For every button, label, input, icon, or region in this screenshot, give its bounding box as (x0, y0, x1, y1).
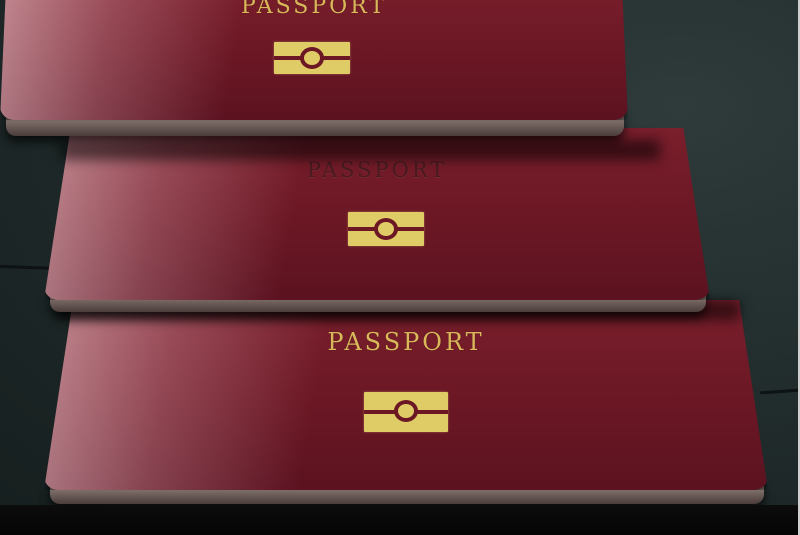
passport-title: PASSPORT (44, 158, 710, 182)
biometric-chip-icon (348, 212, 424, 246)
passport-cover: PASSPORT (44, 300, 768, 490)
passport-bottom: PASSPORT (44, 300, 768, 512)
passport-title: PASSPORT (44, 328, 768, 356)
passport-title: PASSPORT (0, 0, 628, 19)
biometric-chip-icon (274, 42, 350, 74)
passport-cover: PASSPORT (0, 0, 628, 120)
bottom-shadow-strip (0, 505, 800, 535)
biometric-chip-icon (364, 392, 448, 432)
passport-top: PASSPORT (0, 0, 628, 158)
